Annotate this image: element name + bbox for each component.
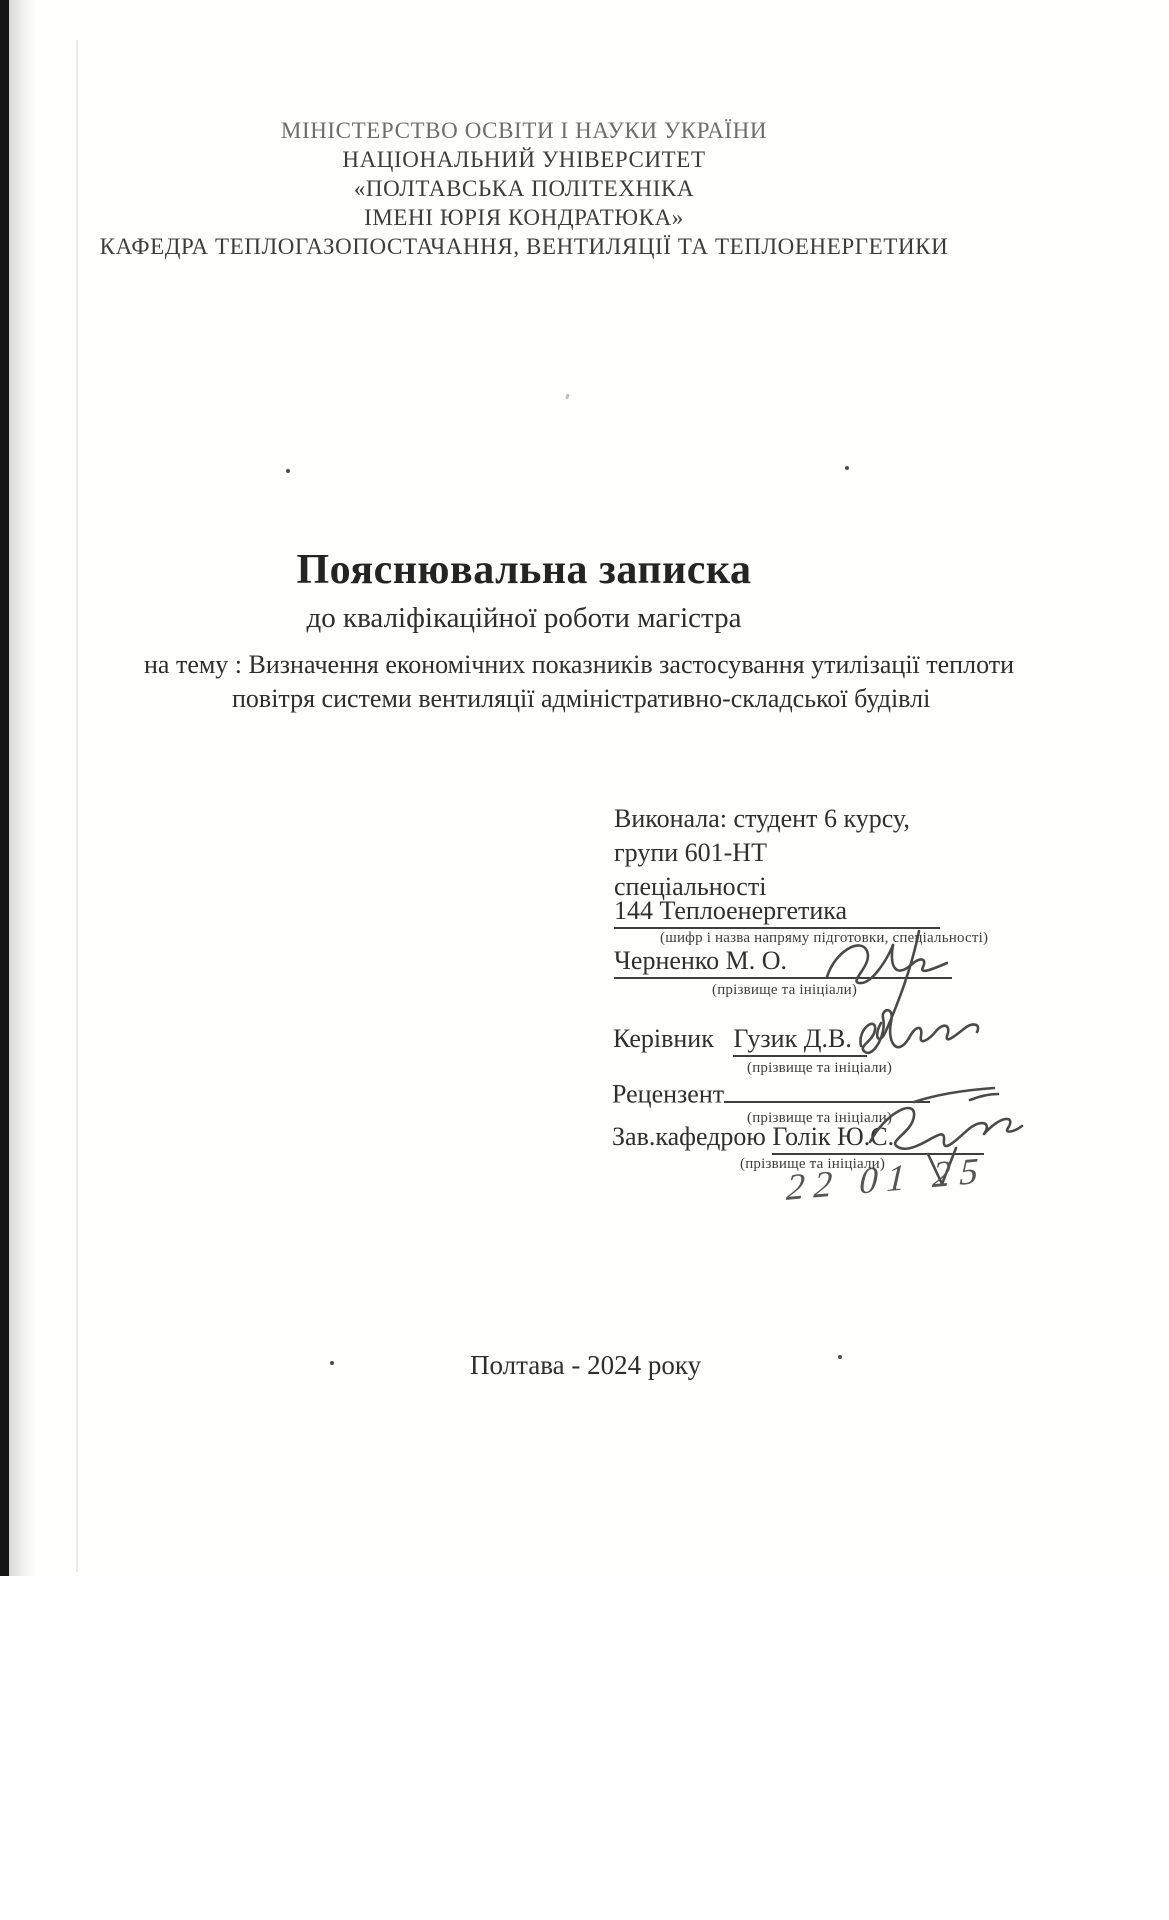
city-year-line: Полтава - 2024 року [470, 1350, 701, 1381]
department-head-label: Зав.кафедрою [612, 1122, 766, 1151]
scan-speck [838, 1355, 842, 1359]
scanned-document-page: МІНІСТЕРСТВО ОСВІТИ І НАУКИ УКРАЇНИ НАЦІ… [0, 0, 1169, 1578]
scan-binding-edge [0, 0, 9, 1576]
scan-speck [330, 1361, 334, 1365]
supervisor-label: Керівник [613, 1024, 714, 1053]
thesis-theme-line-1: на тему : Визначення економічних показни… [144, 650, 1014, 680]
scan-speck [845, 466, 849, 470]
document-subtitle: до кваліфікаційної роботи магістра [20, 602, 1028, 635]
executor-group-line: групи 601-НТ [614, 838, 767, 868]
document-header: МІНІСТЕРСТВО ОСВІТИ І НАУКИ УКРАЇНИ НАЦІ… [20, 116, 1028, 261]
scan-speck [565, 394, 570, 400]
supervisor-name: Гузик Д.В. [733, 1024, 867, 1057]
executor-role-line: Виконала: студент 6 курсу, [614, 804, 910, 834]
reviewer-label: Рецензент [612, 1080, 724, 1109]
supervisor-row: Керівник Гузик Д.В. [613, 1024, 867, 1057]
thesis-theme-line-2: повітря системи вентиляції адміністратив… [232, 684, 930, 714]
scan-speck [286, 469, 290, 473]
ministry-line: МІНІСТЕРСТВО ОСВІТИ І НАУКИ УКРАЇНИ [20, 116, 1028, 145]
document-title: Пояснювальна записка [20, 546, 1028, 594]
department-line: КАФЕДРА ТЕПЛОГАЗОПОСТАЧАННЯ, ВЕНТИЛЯЦІЇ … [20, 232, 1028, 261]
university-name-line-1: НАЦІОНАЛЬНИЙ УНІВЕРСИТЕТ [20, 145, 1028, 174]
university-name-line-3: ІМЕНІ ЮРІЯ КОНДРАТЮКА» [20, 203, 1028, 232]
university-name-line-2: «ПОЛТАВСЬКА ПОЛІТЕХНІКА [20, 174, 1028, 203]
paper-fold-line [76, 40, 78, 1572]
supervisor-signature [853, 1000, 993, 1080]
